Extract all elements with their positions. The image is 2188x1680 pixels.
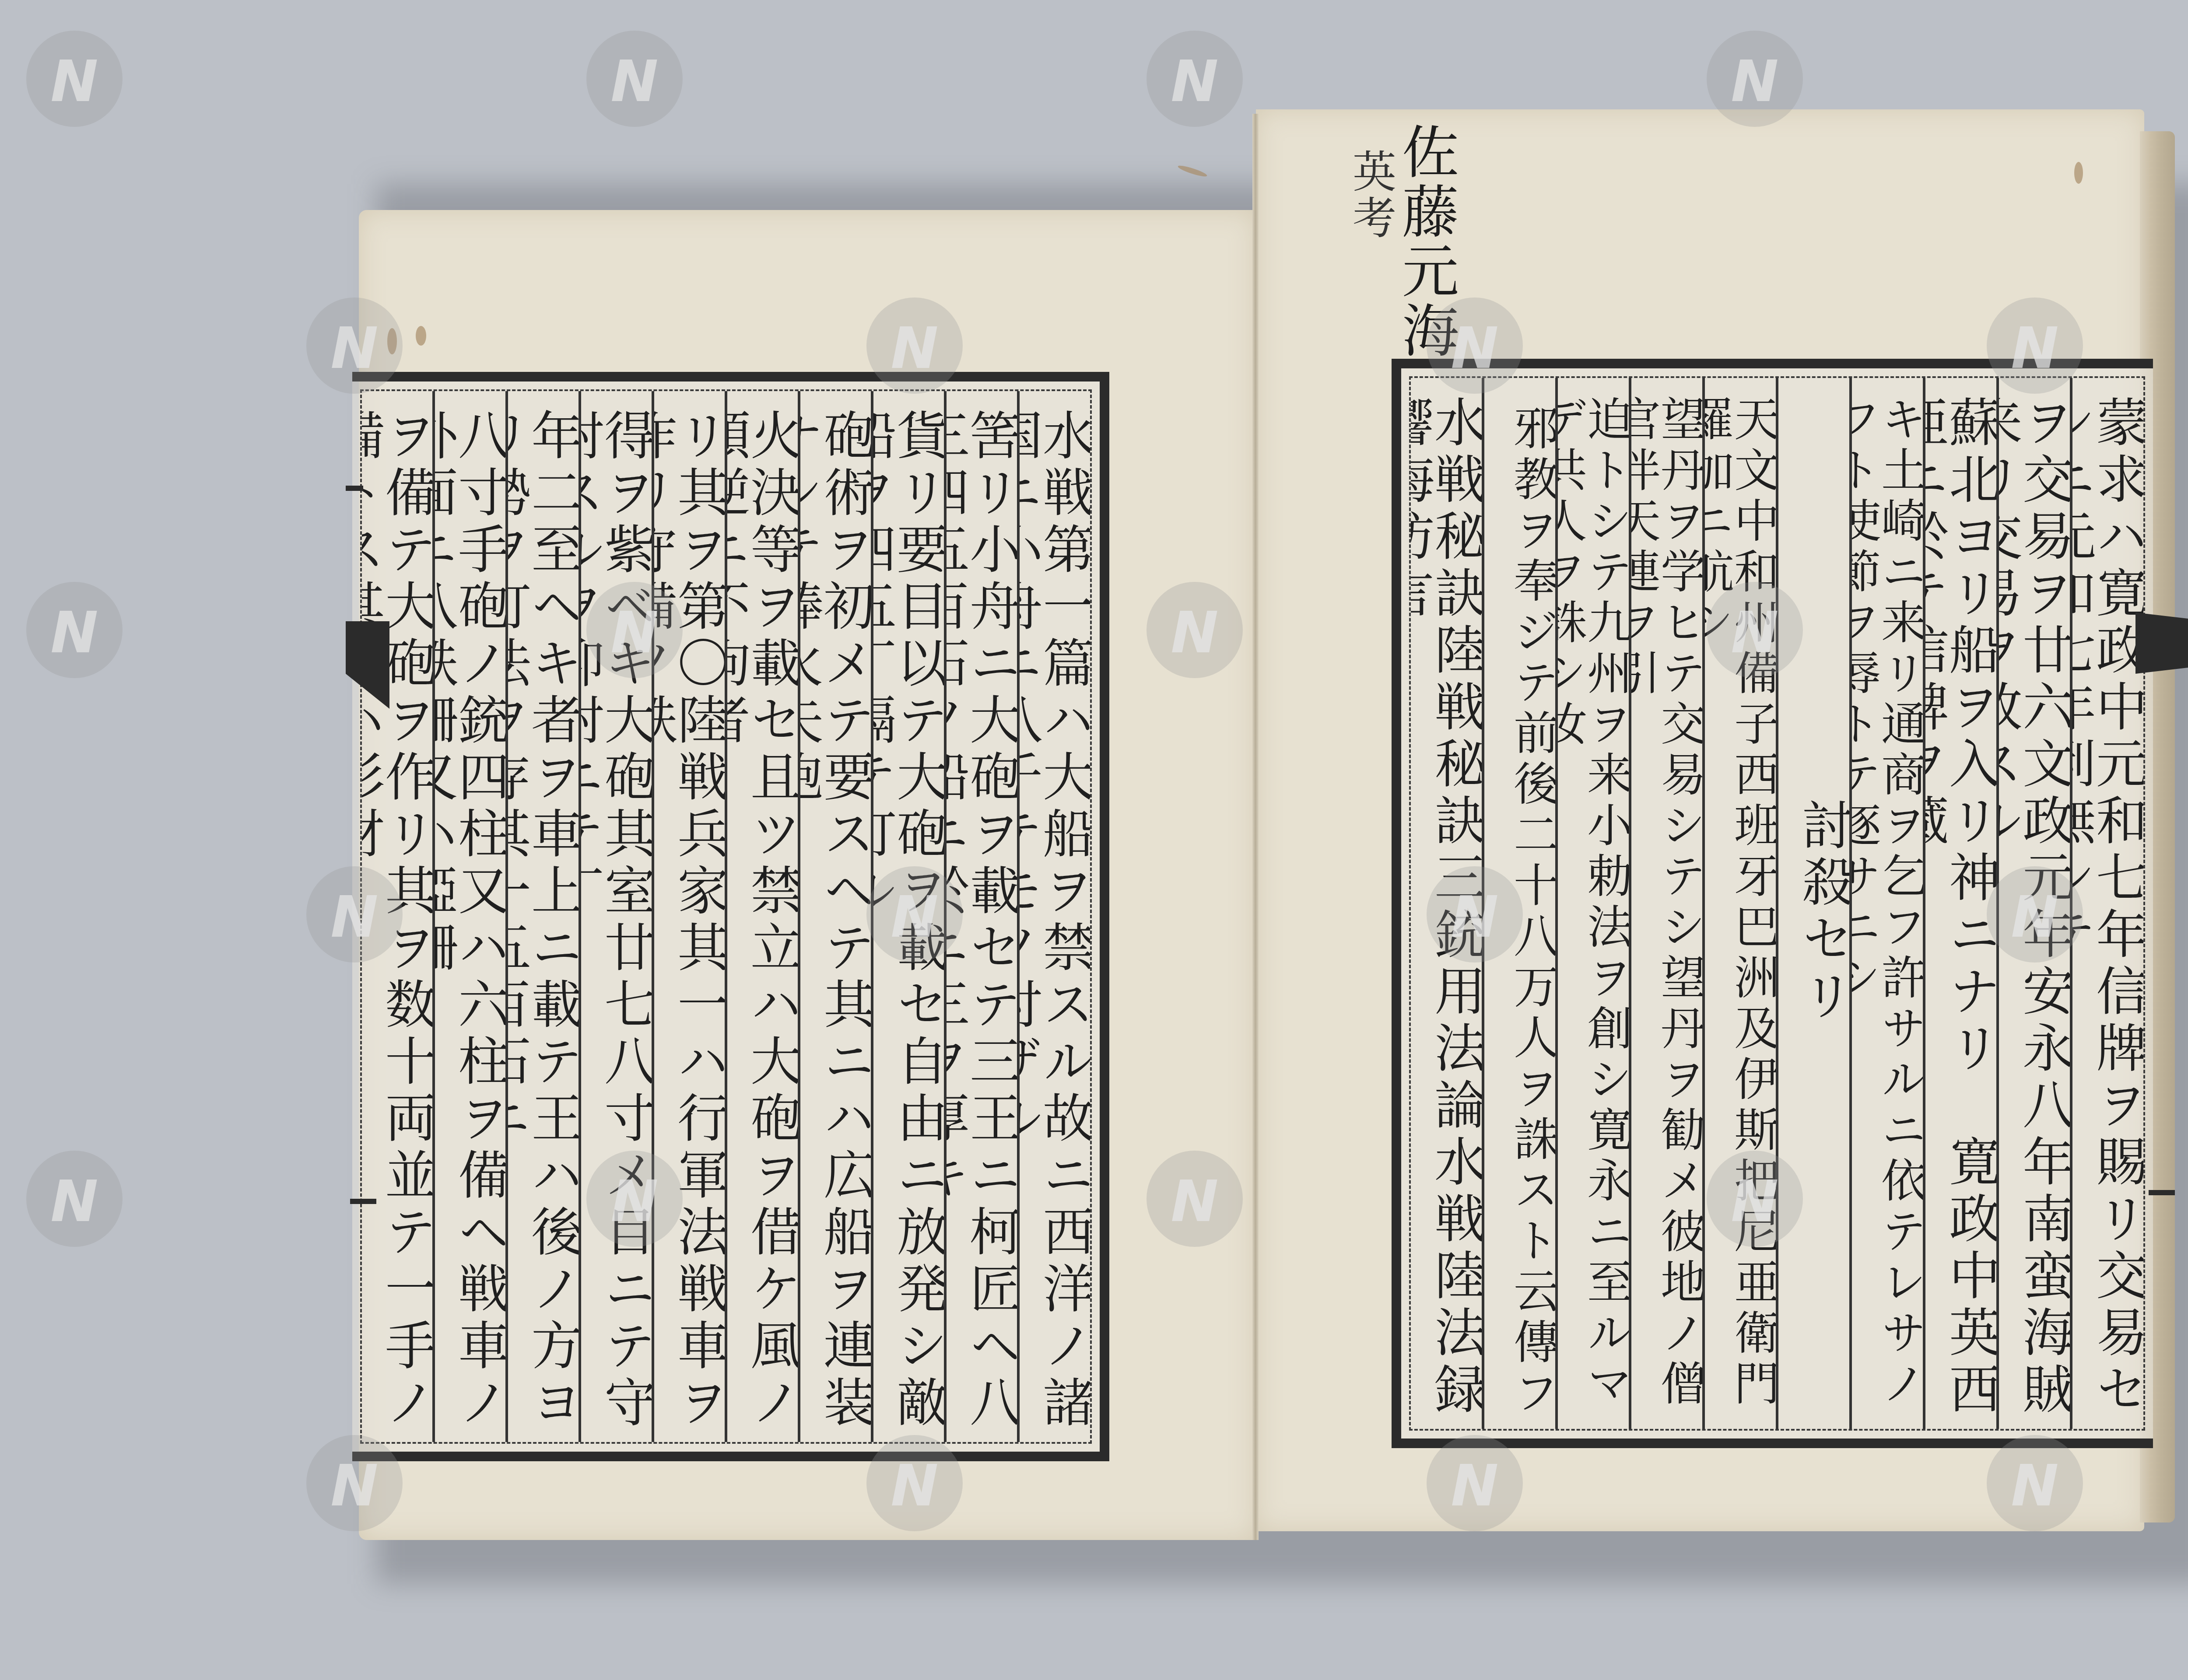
text-column: 得ヲ紫ベキ大砲其室廿七八寸メ目ニテ守射スルヲ仰射ニテ丁 xyxy=(579,391,652,1442)
fold-tick xyxy=(2149,1190,2175,1195)
text-column: 年二至ヘキ者ヲ車上ニ載テ王ハ後ノ方ヨリ勢ヲ打法ヲ存其一五百石ニ xyxy=(505,391,579,1442)
text-column: 討殺セリ xyxy=(1776,378,1849,1429)
logo-n-icon: N xyxy=(586,48,683,115)
logo-n-icon: N xyxy=(1707,599,1803,666)
watermark-logo: N xyxy=(1147,31,1243,127)
logo-n-icon: N xyxy=(306,1452,403,1519)
logo-n-icon: N xyxy=(1427,1452,1523,1519)
watermark-logo: N xyxy=(866,866,963,962)
fold-tick xyxy=(350,1199,376,1204)
text-column: 火決等ヲ載セ且ツ禁立ハ大砲ヲ借ケ風ノ順逆ニ不拘者 xyxy=(725,391,798,1442)
watermark-logo: N xyxy=(26,1151,123,1247)
logo-n-icon: N xyxy=(26,48,123,115)
paper-stain xyxy=(2074,162,2083,184)
watermark-logo: N xyxy=(26,582,123,678)
watermark-logo: N xyxy=(586,1151,683,1247)
watermark-logo: N xyxy=(1707,31,1803,127)
watermark-logo: N xyxy=(306,297,403,394)
logo-n-icon: N xyxy=(866,315,963,381)
author-note: 英考 xyxy=(1348,149,1394,241)
logo-n-icon: N xyxy=(1987,315,2083,381)
logo-n-icon: N xyxy=(26,599,123,666)
paper-stain xyxy=(416,326,426,346)
watermark-logo: N xyxy=(1987,297,2083,394)
logo-n-icon: N xyxy=(1707,1168,1803,1235)
logo-n-icon: N xyxy=(306,884,403,950)
logo-n-icon: N xyxy=(866,1452,963,1519)
watermark-logo: N xyxy=(26,31,123,127)
logo-n-icon: N xyxy=(586,599,683,666)
logo-n-icon: N xyxy=(1427,315,1523,381)
logo-n-icon: N xyxy=(1987,884,2083,950)
logo-n-icon: N xyxy=(1147,1168,1243,1235)
logo-n-icon: N xyxy=(1147,599,1243,666)
left-text-frame: 水戦第一篇ハ大船ヲ禁スル故ニ西洋ノ諸国ニ小舟ニ八千テモノ付ザル 筈リ小舟ニ大砲ヲ… xyxy=(352,372,1109,1461)
watermark-logo: N xyxy=(1707,1151,1803,1247)
watermark-logo: N xyxy=(866,1435,963,1531)
watermark-logo: N xyxy=(1987,1435,2083,1531)
logo-n-icon: N xyxy=(26,1168,123,1235)
logo-n-icon: N xyxy=(1987,1452,2083,1519)
logo-n-icon: N xyxy=(586,1168,683,1235)
watermark-logo: N xyxy=(866,297,963,394)
text-column: 八寸手砲ノ銃四柱又ハ六柱ヲ備ヘ戦車ノ外面ニ八鉄柵又ハ錏柵 xyxy=(432,391,505,1442)
logo-n-icon: N xyxy=(1427,884,1523,950)
logo-n-icon: N xyxy=(306,315,403,381)
paper-stain xyxy=(1177,164,1208,178)
watermark-logo: N xyxy=(1427,1435,1523,1531)
watermark-logo: N xyxy=(306,866,403,962)
text-column: 迫トシテ九州ヲ来小勅法ヲ創シ寛永ニ至ルマデ共人ヲ誅シ汝 xyxy=(1555,378,1629,1429)
text-column: 望丹ヲ学ヒテ交易シテシ望丹ヲ勧メ彼地ノ僧官伴天連ヲ引 xyxy=(1629,378,1702,1429)
watermark-logo: N xyxy=(1707,582,1803,678)
text-column: 天文中和州備子西班牙巴洲及伊斯把尼亜衛門羅加ニ航シ xyxy=(1702,378,1776,1429)
watermark-logo: N xyxy=(1147,1151,1243,1247)
text-column: 水戦第一篇ハ大船ヲ禁スル故ニ西洋ノ諸国ニ小舟ニ八千テモノ付ザル xyxy=(1017,391,1090,1442)
logo-n-icon: N xyxy=(866,884,963,950)
watermark-logo: N xyxy=(586,582,683,678)
text-column: 蘇北ヨリ船ヲ入リ神ニナリ 寛政中英西亜ニ於テ信牌ヲ蔵 xyxy=(1923,378,1996,1429)
text-column: キ土崎ニ来リ通商ヲ乞フ許サルニ依テレサノフト使節ヲ辱トテ逐サニシ xyxy=(1849,378,1923,1429)
watermark-logo: N xyxy=(306,1435,403,1531)
watermark-logo: N xyxy=(1427,297,1523,394)
text-column: 砲術ヲ初メテ要スヘテ其ニハ広船ヲ連装ナシテ棒火矢砲 xyxy=(798,391,871,1442)
left-column-grid: 水戦第一篇ハ大船ヲ禁スル故ニ西洋ノ諸国ニ小舟ニ八千テモノ付ザル 筈リ小舟ニ大砲ヲ… xyxy=(360,389,1092,1444)
watermark-logo: N xyxy=(586,31,683,127)
book-gutter xyxy=(1252,114,1259,1540)
text-column: リ其ヲ第〇陸戦兵家其一ハ行軍法戦車ヲ作リ守備ノ鉄 xyxy=(652,391,725,1442)
watermark-logo: N xyxy=(1987,866,2083,962)
watermark-logo: N xyxy=(1147,582,1243,678)
fold-tick xyxy=(346,486,363,491)
fold-mark-right xyxy=(2135,612,2188,674)
logo-n-icon: N xyxy=(1147,48,1243,115)
logo-n-icon: N xyxy=(1707,48,1803,115)
watermark-logo: N xyxy=(1427,866,1523,962)
